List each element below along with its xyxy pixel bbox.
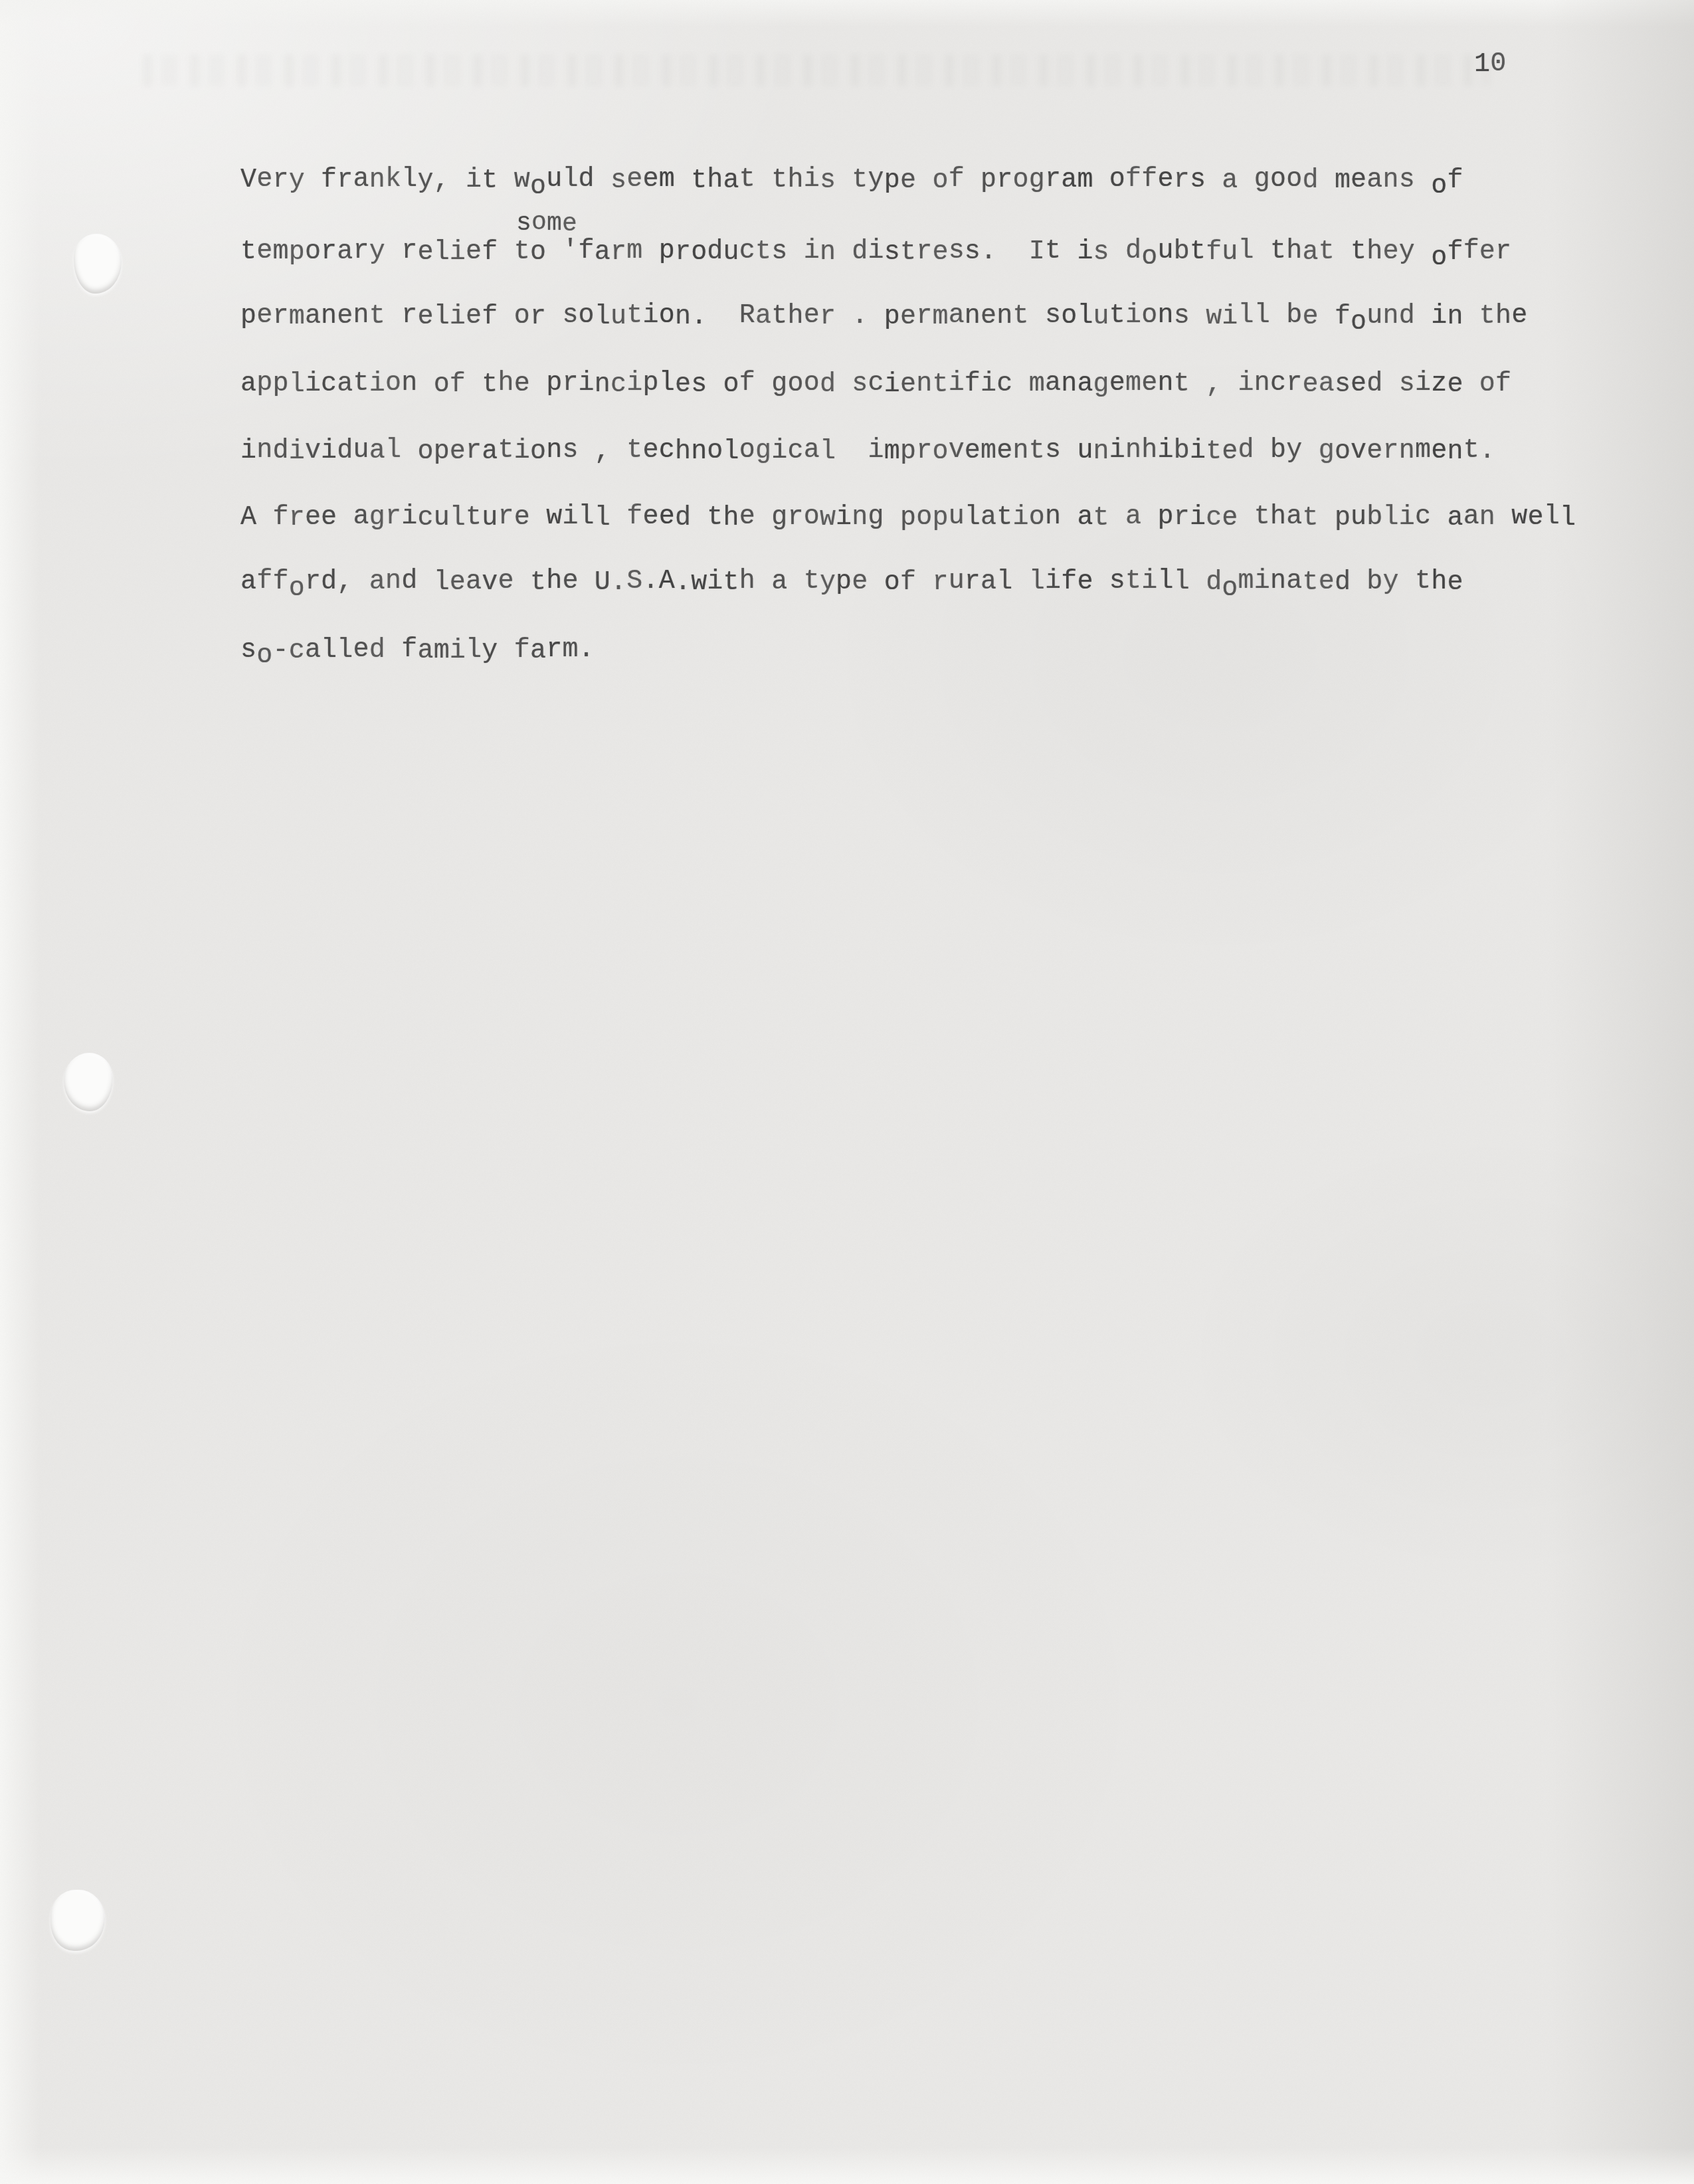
typed-line-5: individual operations , technological im…: [240, 438, 1495, 465]
punch-hole-middle: [64, 1053, 113, 1111]
erased-text-ghost: [143, 54, 1491, 86]
typed-line-7: afford, and leave the U.S.A.with a type …: [240, 569, 1463, 596]
typed-line-8: so-called family farm.: [240, 638, 595, 664]
typed-line-6: A free agriculture will feed the growing…: [240, 505, 1576, 531]
typed-line-4: application of the principles of good sc…: [240, 371, 1511, 398]
scanned-document-page: 10 some Very frankly, it would seem that…: [0, 0, 1694, 2184]
typed-line-3: permanent relief or solution. Rather . p…: [240, 304, 1528, 330]
typed-line-2: temporary relief to 'farm products in di…: [240, 239, 1511, 266]
typed-line-1: Very frankly, it would seem that this ty…: [240, 167, 1463, 194]
page-number: 10: [1474, 52, 1506, 78]
interline-insertion: some: [516, 211, 577, 236]
